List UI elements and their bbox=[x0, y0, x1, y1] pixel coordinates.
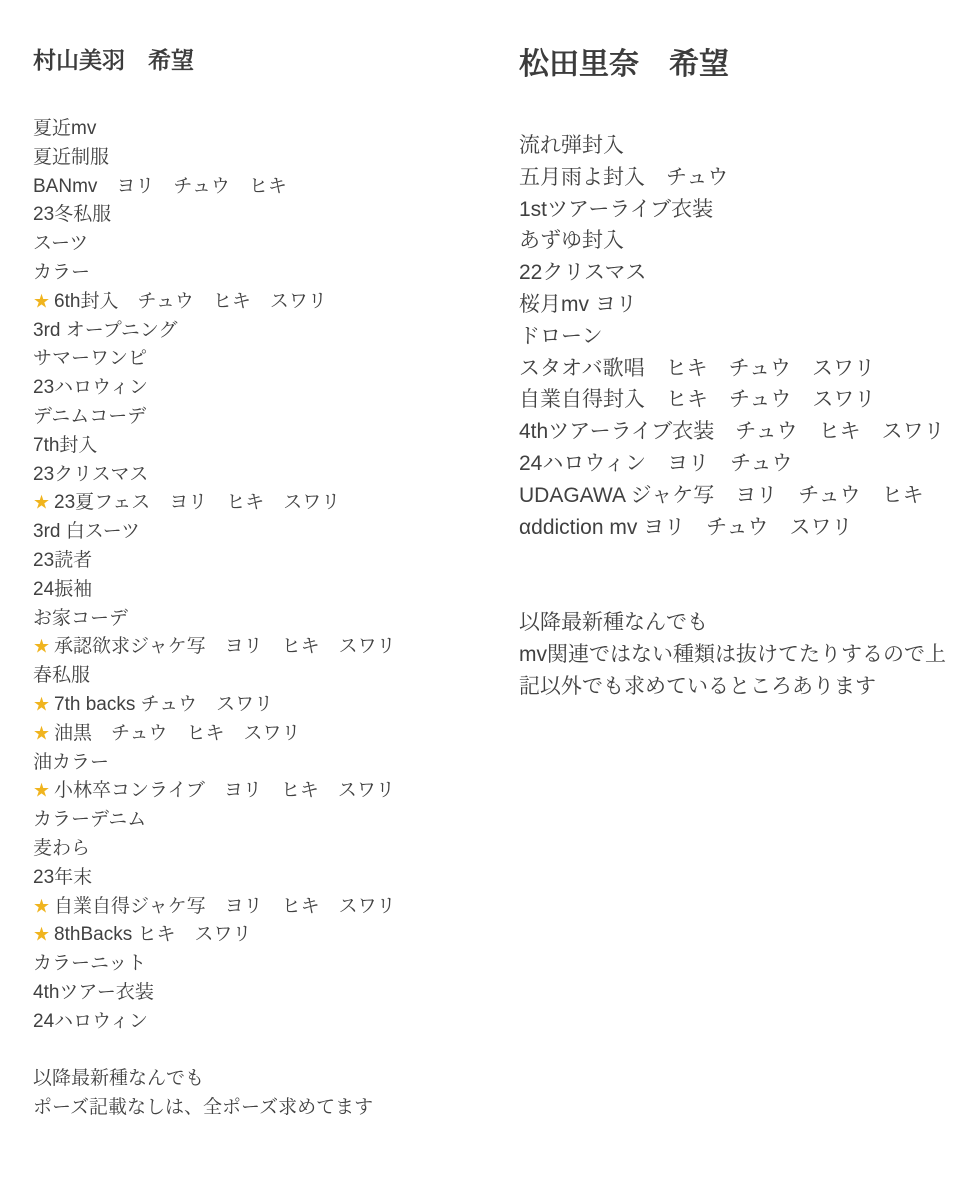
glowing-star-icon: ★ bbox=[33, 720, 50, 749]
list-item: カラー bbox=[33, 259, 483, 288]
list-item-text: αddiction mv ヨリ チュウ スワリ bbox=[519, 516, 853, 539]
matsuda-wish-list: 流れ弾封入五月雨よ封入 チュウ1stツアーライブ衣装あずゆ封入22クリスマス桜月… bbox=[519, 130, 949, 543]
list-item-text: お家コーデ bbox=[33, 608, 128, 629]
list-item: 夏近mv bbox=[33, 115, 483, 144]
list-item: ドローン bbox=[519, 321, 949, 353]
list-item: スーツ bbox=[33, 230, 483, 259]
list-item: 夏近制服 bbox=[33, 144, 483, 173]
list-item: カラーデニム bbox=[33, 806, 483, 835]
list-item-text: 自業自得封入 ヒキ チュウ スワリ bbox=[519, 388, 875, 411]
list-item-text: 23年末 bbox=[33, 867, 92, 888]
list-item-text: BANmv ヨリ チュウ ヒキ bbox=[33, 176, 287, 197]
list-item: 桜月mv ヨリ bbox=[519, 289, 949, 321]
list-item-text: カラー bbox=[33, 262, 90, 283]
list-item: デニムコーデ bbox=[33, 403, 483, 432]
list-item: αddiction mv ヨリ チュウ スワリ bbox=[519, 512, 949, 544]
list-item-text: 24ハロウィン bbox=[33, 1011, 148, 1032]
list-item: 24振袖 bbox=[33, 576, 483, 605]
list-item: 3rd 白スーツ bbox=[33, 518, 483, 547]
list-item-text: 23夏フェス ヨリ ヒキ スワリ bbox=[54, 492, 340, 513]
matsuda-notes: 以降最新種なんでもmv関連ではない種類は抜けてたりするので上記以外でも求めている… bbox=[519, 607, 949, 702]
list-item-text: 4thツアー衣装 bbox=[33, 982, 154, 1003]
list-item-text: 油カラー bbox=[33, 752, 109, 773]
note-line: 記以外でも求めているところあります bbox=[519, 671, 949, 703]
list-item-text: 小林卒コンライブ ヨリ ヒキ スワリ bbox=[54, 780, 395, 801]
list-item-text: 4thツアーライブ衣装 チュウ ヒキ スワリ bbox=[519, 420, 945, 443]
glowing-star-icon: ★ bbox=[33, 634, 50, 663]
list-item-text: 流れ弾封入 bbox=[519, 134, 624, 157]
list-item-text: 桜月mv ヨリ bbox=[519, 293, 637, 316]
glowing-star-icon: ★ bbox=[33, 490, 50, 519]
note-line: mv関連ではない種類は抜けてたりするので上 bbox=[519, 639, 949, 671]
note-line: ポーズ記載なしは、全ポーズ求めてます bbox=[33, 1094, 483, 1123]
murayama-wish-list: 夏近mv夏近制服BANmv ヨリ チュウ ヒキ23冬私服スーツカラー★6th封入… bbox=[33, 115, 483, 1037]
list-item: 7th封入 bbox=[33, 432, 483, 461]
list-item-text: 23読者 bbox=[33, 550, 92, 571]
list-item-text: 油黒 チュウ ヒキ スワリ bbox=[54, 723, 300, 744]
list-item: あずゆ封入 bbox=[519, 225, 949, 257]
list-item: ★8thBacks ヒキ スワリ bbox=[33, 921, 483, 950]
list-item-text: 7th backs チュウ スワリ bbox=[54, 694, 273, 715]
list-item: UDAGAWA ジャケ写 ヨリ チュウ ヒキ bbox=[519, 480, 949, 512]
glowing-star-icon: ★ bbox=[33, 922, 50, 951]
matsuda-wishlist-column: 松田里奈 希望 流れ弾封入五月雨よ封入 チュウ1stツアーライブ衣装あずゆ封入2… bbox=[519, 45, 949, 702]
list-item-text: 23冬私服 bbox=[33, 204, 111, 225]
list-item: 22クリスマス bbox=[519, 257, 949, 289]
list-item: 23ハロウィン bbox=[33, 374, 483, 403]
list-item: ★承認欲求ジャケ写 ヨリ ヒキ スワリ bbox=[33, 633, 483, 662]
glowing-star-icon: ★ bbox=[33, 691, 50, 720]
list-item: 3rd オープニング bbox=[33, 317, 483, 346]
list-item: スタオバ歌唱 ヒキ チュウ スワリ bbox=[519, 353, 949, 385]
list-item: 自業自得封入 ヒキ チュウ スワリ bbox=[519, 384, 949, 416]
list-item-text: 7th封入 bbox=[33, 435, 97, 456]
list-item-text: 22クリスマス bbox=[519, 261, 647, 284]
list-item-text: 春私服 bbox=[33, 665, 90, 686]
list-item-text: 24ハロウィン ヨリ チュウ bbox=[519, 452, 792, 475]
list-item-text: カラーデニム bbox=[33, 809, 146, 830]
list-item-text: 3rd オープニング bbox=[33, 320, 177, 341]
list-item: 流れ弾封入 bbox=[519, 130, 949, 162]
list-item: 24ハロウィン ヨリ チュウ bbox=[519, 448, 949, 480]
page: { "page": { "background_color": "#ffffff… bbox=[0, 0, 961, 1200]
list-item-text: ドローン bbox=[519, 325, 603, 348]
list-item-text: 五月雨よ封入 チュウ bbox=[519, 166, 728, 189]
list-item: 春私服 bbox=[33, 662, 483, 691]
list-item-text: サマーワンピ bbox=[33, 348, 147, 369]
list-item-text: 1stツアーライブ衣装 bbox=[519, 198, 713, 221]
murayama-notes: 以降最新種なんでもポーズ記載なしは、全ポーズ求めてます bbox=[33, 1065, 483, 1123]
list-item: カラーニット bbox=[33, 950, 483, 979]
list-item-text: デニムコーデ bbox=[33, 406, 146, 427]
note-line: 以降最新種なんでも bbox=[519, 607, 949, 639]
list-item: 24ハロウィン bbox=[33, 1008, 483, 1037]
list-item-text: 3rd 白スーツ bbox=[33, 521, 140, 542]
list-item: 23年末 bbox=[33, 864, 483, 893]
list-item-text: スタオバ歌唱 ヒキ チュウ スワリ bbox=[519, 357, 875, 380]
list-item-text: UDAGAWA ジャケ写 ヨリ チュウ ヒキ bbox=[519, 484, 924, 507]
list-item: ★6th封入 チュウ ヒキ スワリ bbox=[33, 288, 483, 317]
list-item: ★23夏フェス ヨリ ヒキ スワリ bbox=[33, 489, 483, 518]
list-item: 4thツアー衣装 bbox=[33, 979, 483, 1008]
matsuda-column-title: 松田里奈 希望 bbox=[519, 45, 949, 85]
list-item: サマーワンピ bbox=[33, 345, 483, 374]
list-item-text: 8thBacks ヒキ スワリ bbox=[54, 924, 251, 945]
list-item: BANmv ヨリ チュウ ヒキ bbox=[33, 173, 483, 202]
note-line: 以降最新種なんでも bbox=[33, 1065, 483, 1094]
list-item: ★自業自得ジャケ写 ヨリ ヒキ スワリ bbox=[33, 893, 483, 922]
list-item-text: 自業自得ジャケ写 ヨリ ヒキ スワリ bbox=[54, 896, 396, 917]
list-item: ★小林卒コンライブ ヨリ ヒキ スワリ bbox=[33, 777, 483, 806]
list-item: ★油黒 チュウ ヒキ スワリ bbox=[33, 720, 483, 749]
list-item: 麦わら bbox=[33, 835, 483, 864]
murayama-wishlist-column: 村山美羽 希望 夏近mv夏近制服BANmv ヨリ チュウ ヒキ23冬私服スーツカ… bbox=[33, 45, 483, 1123]
list-item: 五月雨よ封入 チュウ bbox=[519, 162, 949, 194]
list-item-text: 6th封入 チュウ ヒキ スワリ bbox=[54, 291, 327, 312]
list-item: 23クリスマス bbox=[33, 461, 483, 490]
list-item-text: 24振袖 bbox=[33, 579, 92, 600]
list-item-text: 23ハロウィン bbox=[33, 377, 148, 398]
list-item-text: 23クリスマス bbox=[33, 464, 148, 485]
list-item: お家コーデ bbox=[33, 605, 483, 634]
wishlist-sheet: 村山美羽 希望 夏近mv夏近制服BANmv ヨリ チュウ ヒキ23冬私服スーツカ… bbox=[0, 0, 961, 1200]
list-item-text: あずゆ封入 bbox=[519, 229, 624, 252]
list-item: 23読者 bbox=[33, 547, 483, 576]
list-item: ★7th backs チュウ スワリ bbox=[33, 691, 483, 720]
glowing-star-icon: ★ bbox=[33, 893, 50, 922]
glowing-star-icon: ★ bbox=[33, 778, 50, 807]
list-item: 油カラー bbox=[33, 749, 483, 778]
list-item-text: 夏近mv bbox=[33, 118, 96, 139]
list-item-text: 夏近制服 bbox=[33, 147, 109, 168]
list-item-text: スーツ bbox=[33, 233, 88, 254]
murayama-column-title: 村山美羽 希望 bbox=[33, 45, 483, 75]
list-item: 23冬私服 bbox=[33, 201, 483, 230]
list-item-text: カラーニット bbox=[33, 953, 146, 974]
list-item-text: 承認欲求ジャケ写 ヨリ ヒキ スワリ bbox=[54, 636, 396, 657]
glowing-star-icon: ★ bbox=[33, 288, 50, 317]
list-item: 1stツアーライブ衣装 bbox=[519, 194, 949, 226]
list-item-text: 麦わら bbox=[33, 838, 90, 859]
list-item: 4thツアーライブ衣装 チュウ ヒキ スワリ bbox=[519, 416, 949, 448]
